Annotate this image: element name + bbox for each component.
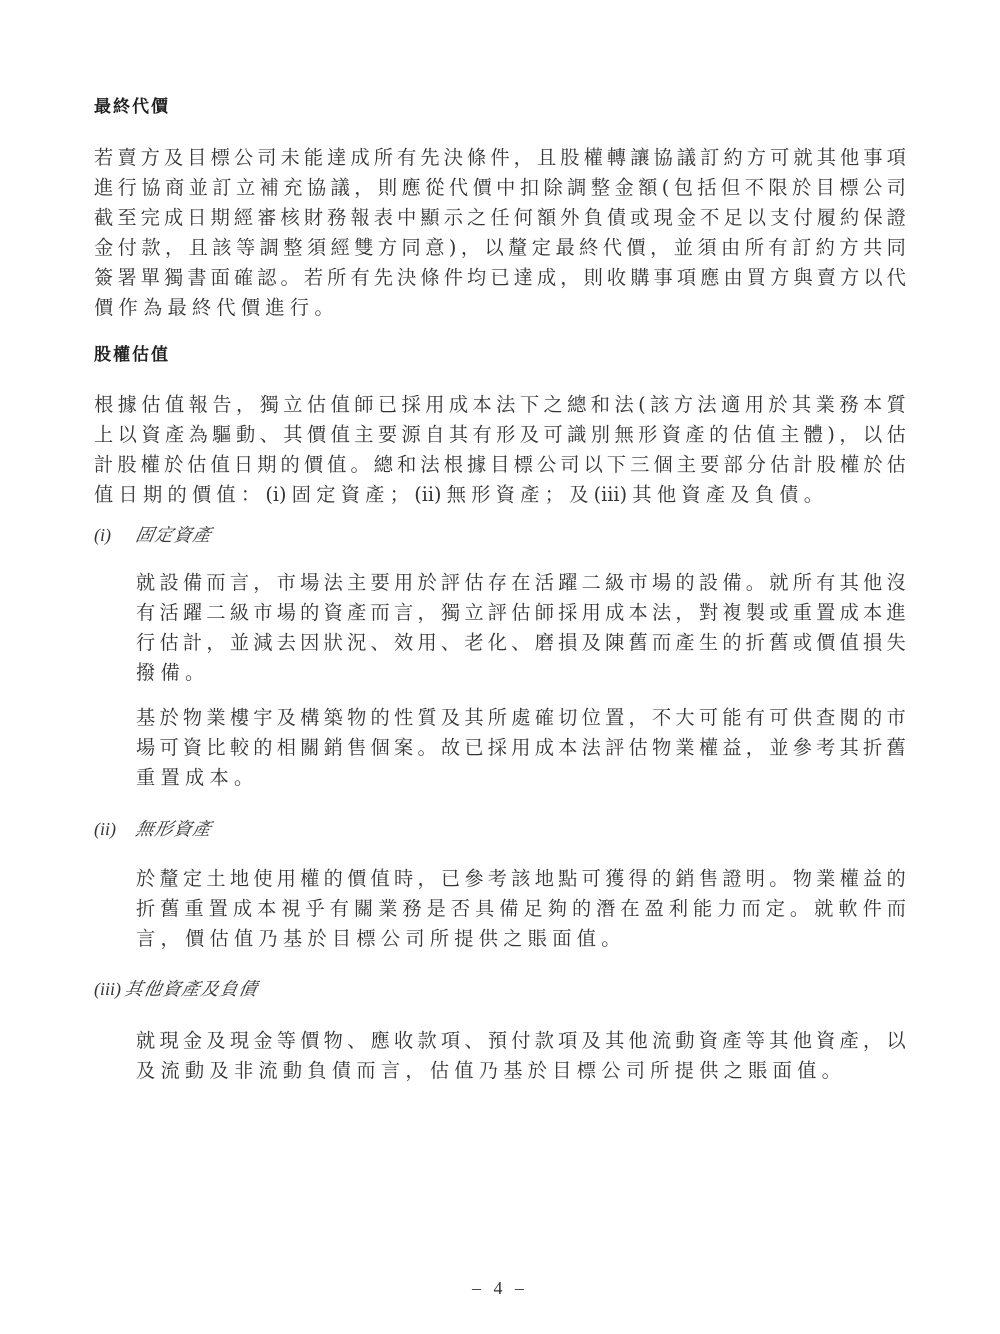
paragraph-other-assets-liabilities: 就現金及現金等價物、應收款項、預付款項及其他流動資產等其他資產，以 及流動及非流…	[136, 1026, 906, 1086]
text-line: 言，價估值乃基於目標公司所提供之賬面值。	[136, 924, 906, 954]
subsection-title: 無形資產	[134, 815, 215, 841]
paragraph-final-consideration: 若賣方及目標公司未能達成所有先決條件，且股權轉讓協議訂約方可就其他事項 進行協商…	[94, 143, 906, 323]
text-line: 行估計，並減去因狀況、效用、老化、磨損及陳舊而產生的折舊或價值損失	[136, 628, 906, 658]
text-line: 就現金及現金等價物、應收款項、預付款項及其他流動資產等其他資產，以	[136, 1026, 906, 1056]
section-heading-final-consideration: 最終代價	[94, 92, 170, 117]
document-page: 最終代價 若賣方及目標公司未能達成所有先決條件，且股權轉讓協議訂約方可就其他事項…	[0, 0, 1000, 1334]
text-line: 計股權於估值日期的價值。總和法根據目標公司以下三個主要部分估計股權於估	[94, 450, 906, 480]
text-line: 上以資產為驅動、其價值主要源自其有形及可識別無形資產的估值主體)，以估	[94, 420, 906, 450]
text-line: 截至完成日期經審核財務報表中顯示之任何額外負債或現金不足以支付履約保證	[94, 203, 906, 233]
text-line: 場可資比較的相關銷售個案。故已採用成本法評估物業權益，並參考其折舊	[136, 733, 906, 763]
subsection-title: 其他資產及負債	[123, 975, 261, 1001]
paragraph-intangible-assets: 於釐定土地使用權的價值時，已參考該地點可獲得的銷售證明。物業權益的 折舊重置成本…	[136, 864, 906, 954]
text-line: 值日期的價值：(i)固定資產；(ii)無形資產；及(iii)其他資產及負債。	[94, 480, 906, 510]
text-line: 根據估值報告，獨立估值師已採用成本法下之總和法(該方法適用於其業務本質	[94, 390, 906, 420]
text-line: 就設備而言，市場法主要用於評估存在活躍二級市場的設備。就所有其他沒	[136, 568, 906, 598]
text-line: 若賣方及目標公司未能達成所有先決條件，且股權轉讓協議訂約方可就其他事項	[94, 143, 906, 173]
text-line: 有活躍二級市場的資產而言，獨立評估師採用成本法，對複製或重置成本進	[136, 598, 906, 628]
subsection-heading-other-assets-liabilities: (iii) 其他資產及負債	[94, 975, 258, 1001]
section-heading-equity-valuation: 股權估值	[94, 340, 170, 365]
text-line: 簽署單獨書面確認。若所有先決條件均已達成，則收購事項應由買方與賣方以代	[94, 263, 906, 293]
subsection-number: (iii)	[94, 979, 121, 1000]
subsection-title: 固定資產	[134, 521, 215, 547]
text-line: 基於物業樓宇及構築物的性質及其所處確切位置，不大可能有可供查閱的市	[136, 703, 906, 733]
text-line: 於釐定土地使用權的價值時，已參考該地點可獲得的銷售證明。物業權益的	[136, 864, 906, 894]
page-number: – 4 –	[0, 1278, 1000, 1299]
text-line: 進行協商並訂立補充協議，則應從代價中扣除調整金額(包括但不限於目標公司	[94, 173, 906, 203]
subsection-heading-fixed-assets: (i) 固定資產	[94, 521, 212, 547]
text-line: 金付款，且該等調整須經雙方同意)，以釐定最終代價，並須由所有訂約方共同	[94, 233, 906, 263]
subsection-heading-intangible-assets: (ii) 無形資產	[94, 815, 212, 841]
text-line: 撥備。	[136, 658, 906, 688]
paragraph-equity-valuation: 根據估值報告，獨立估值師已採用成本法下之總和法(該方法適用於其業務本質 上以資產…	[94, 390, 906, 510]
text-line: 及流動及非流動負債而言，估值乃基於目標公司所提供之賬面值。	[136, 1056, 906, 1086]
text-line: 折舊重置成本視乎有關業務是否具備足夠的潛在盈利能力而定。就軟件而	[136, 894, 906, 924]
text-line: 重置成本。	[136, 763, 906, 793]
paragraph-fixed-assets-property: 基於物業樓宇及構築物的性質及其所處確切位置，不大可能有可供查閱的市 場可資比較的…	[136, 703, 906, 793]
paragraph-fixed-assets-equipment: 就設備而言，市場法主要用於評估存在活躍二級市場的設備。就所有其他沒 有活躍二級市…	[136, 568, 906, 688]
subsection-number: (i)	[94, 525, 136, 546]
subsection-number: (ii)	[94, 819, 136, 840]
text-line: 價作為最終代價進行。	[94, 293, 906, 323]
